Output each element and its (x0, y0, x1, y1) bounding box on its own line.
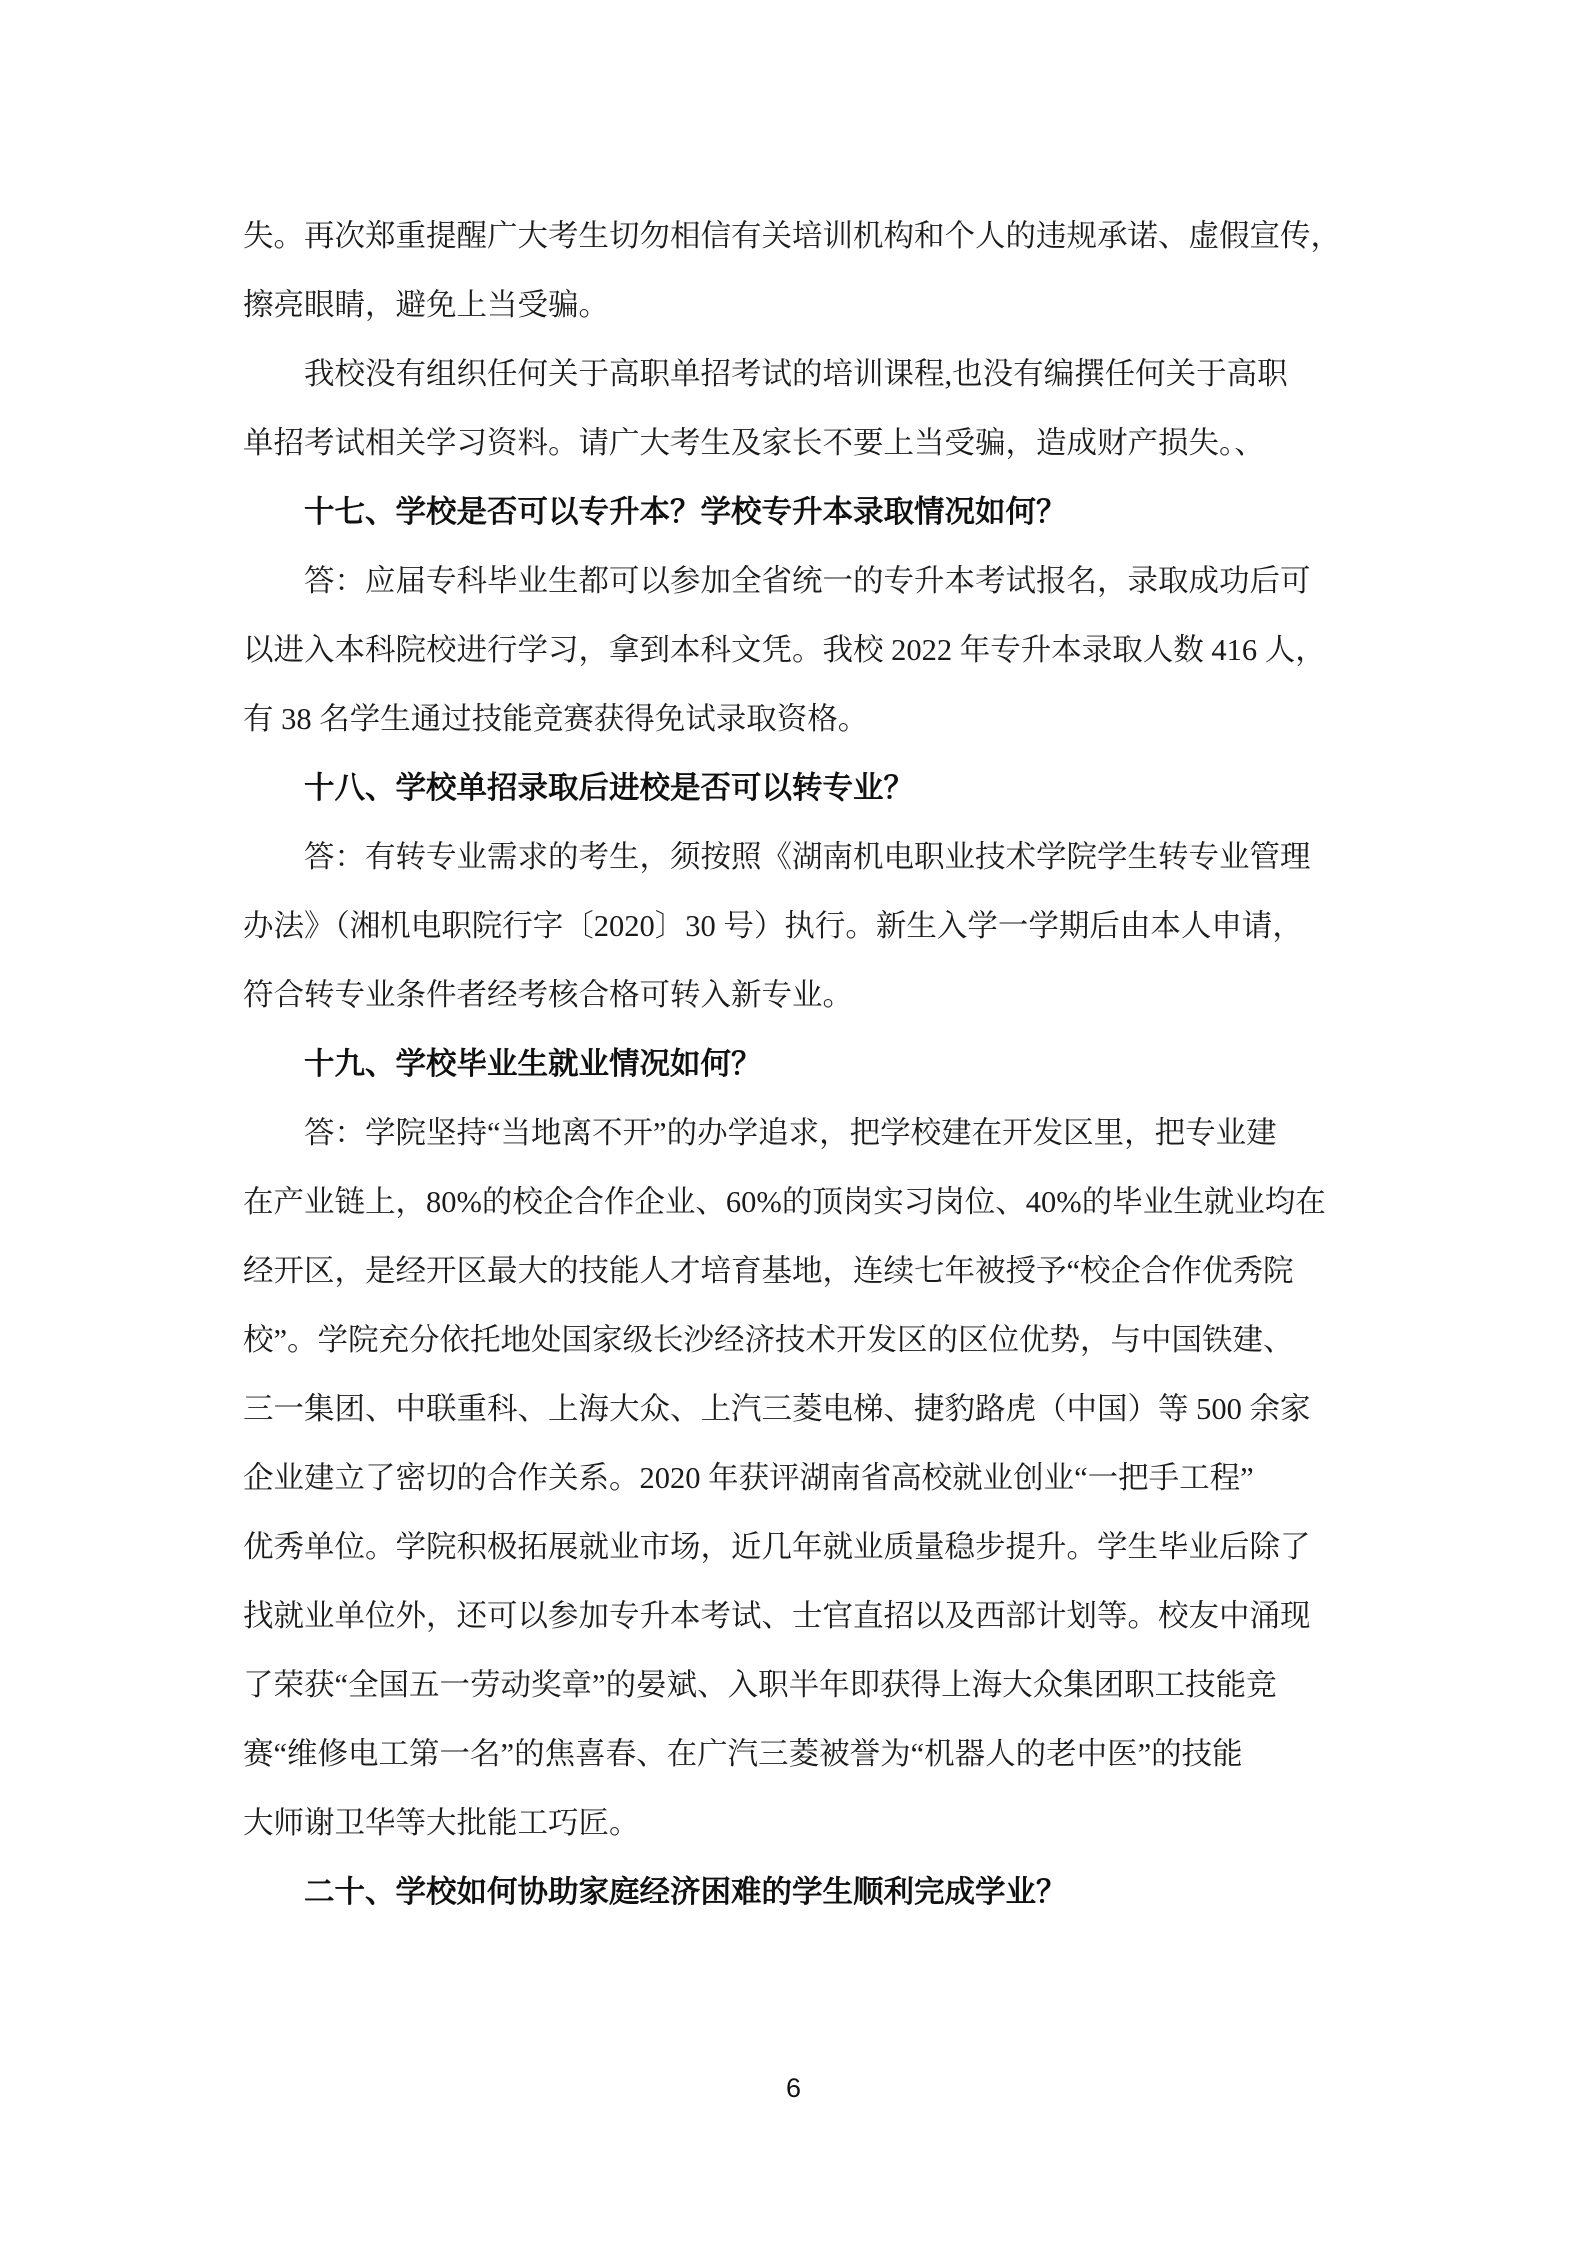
document-line: 符合转专业条件者经考核合格可转入新专业。 (243, 961, 1347, 1030)
document-line: 了荣获“全国五一劳动奖章”的晏斌、入职半年即获得上海大众集团职工技能竞 (243, 1651, 1347, 1720)
document-line: 校”。学院充分依托地处国家级长沙经济技术开发区的区位优势，与中国铁建、 (243, 1306, 1347, 1375)
document-line: 经开区，是经开区最大的技能人才培育基地，连续七年被授予“校企合作优秀院 (243, 1237, 1347, 1306)
question-heading: 十七、学校是否可以专升本？学校专升本录取情况如何？ (243, 478, 1347, 547)
document-page: 失。再次郑重提醒广大考生切勿相信有关培训机构和个人的违规承诺、虚假宣传，擦亮眼睛… (0, 0, 1587, 2245)
document-line: 优秀单位。学院积极拓展就业市场，近几年就业质量稳步提升。学生毕业后除了 (243, 1513, 1347, 1582)
document-line: 有 38 名学生通过技能竞赛获得免试录取资格。 (243, 685, 1347, 754)
document-line: 答：学院坚持“当地离不开”的办学追求，把学校建在开发区里，把专业建 (243, 1099, 1347, 1168)
document-line: 赛“维修电工第一名”的焦喜春、在广汽三菱被誉为“机器人的老中医”的技能 (243, 1720, 1347, 1789)
document-line: 失。再次郑重提醒广大考生切勿相信有关培训机构和个人的违规承诺、虚假宣传， (243, 202, 1347, 271)
document-line: 大师谢卫华等大批能工巧匠。 (243, 1789, 1347, 1858)
document-line: 企业建立了密切的合作关系。2020 年获评湖南省高校就业创业“一把手工程” (243, 1444, 1347, 1513)
document-line: 单招考试相关学习资料。请广大考生及家长不要上当受骗，造成财产损失。、 (243, 409, 1347, 478)
question-heading: 十八、学校单招录取后进校是否可以转专业？ (243, 754, 1347, 823)
question-heading: 二十、学校如何协助家庭经济困难的学生顺利完成学业？ (243, 1858, 1347, 1927)
document-line: 找就业单位外，还可以参加专升本考试、士官直招以及西部计划等。校友中涌现 (243, 1582, 1347, 1651)
document-line: 答：应届专科毕业生都可以参加全省统一的专升本考试报名，录取成功后可 (243, 547, 1347, 616)
document-line: 答：有转专业需求的考生，须按照《湖南机电职业技术学院学生转专业管理 (243, 823, 1347, 892)
question-heading: 十九、学校毕业生就业情况如何？ (243, 1030, 1347, 1099)
document-line: 在产业链上，80%的校企合作企业、60%的顶岗实习岗位、40%的毕业生就业均在 (243, 1168, 1347, 1237)
document-line: 擦亮眼睛，避免上当受骗。 (243, 271, 1347, 340)
document-line: 以进入本科院校进行学习，拿到本科文凭。我校 2022 年专升本录取人数 416 … (243, 616, 1347, 685)
document-body: 失。再次郑重提醒广大考生切勿相信有关培训机构和个人的违规承诺、虚假宣传，擦亮眼睛… (243, 202, 1347, 1927)
document-line: 我校没有组织任何关于高职单招考试的培训课程,也没有编撰任何关于高职 (243, 340, 1347, 409)
page-number: 6 (0, 2072, 1587, 2104)
document-line: 办法》（湘机电职院行字〔2020〕30 号）执行。新生入学一学期后由本人申请， (243, 892, 1347, 961)
document-line: 三一集团、中联重科、上海大众、上汽三菱电梯、捷豹路虎（中国）等 500 余家 (243, 1375, 1347, 1444)
